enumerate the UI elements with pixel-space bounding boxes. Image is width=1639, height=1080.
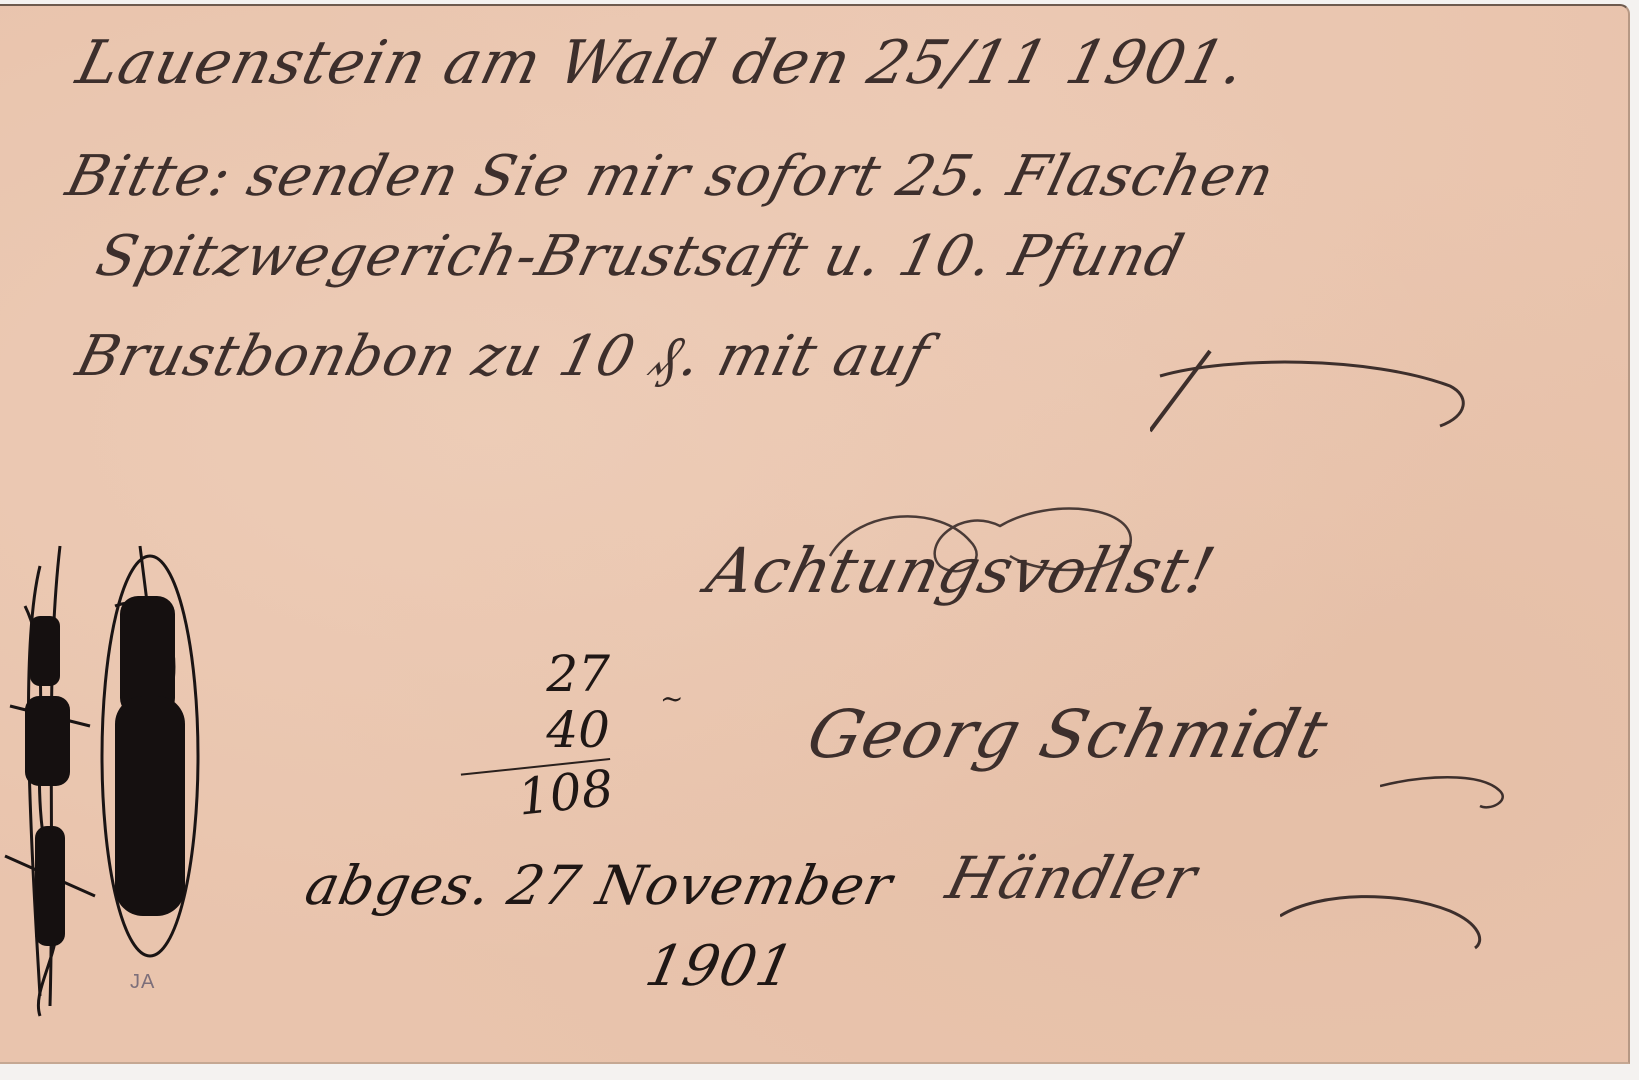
place-date-heading: Lauenstein am Wald den 25/11 1901. bbox=[70, 28, 1253, 98]
title-flourish-icon bbox=[1280, 886, 1520, 966]
calc-line-1: 27 bbox=[460, 646, 610, 702]
body-line-2: Spitzwegerich-Brustsaft u. 10. Pfund bbox=[90, 224, 1191, 289]
calc-sum: 108 bbox=[461, 758, 616, 831]
calculation-note: 27 40 108 bbox=[460, 646, 610, 816]
dispatch-note: abges. 27 November bbox=[300, 854, 898, 917]
signature-title: Händler bbox=[940, 844, 1204, 912]
pencil-mark: JA bbox=[130, 971, 155, 994]
ink-scribble-icon bbox=[0, 526, 220, 1026]
calc-line-2: 40 bbox=[460, 702, 610, 758]
tick-mark-icon: ~ bbox=[660, 682, 683, 715]
signature-name: Georg Schmidt bbox=[800, 696, 1336, 773]
signature-flourish-icon bbox=[1380, 766, 1520, 826]
dispatch-year: 1901 bbox=[640, 934, 800, 999]
closing-salutation: Achtungsvollst! bbox=[700, 534, 1223, 607]
body-line-3: Brustbonbon zu 10 ₰. mit auf bbox=[70, 324, 936, 389]
body-line-1: Bitte: senden Sie mir sofort 25. Flasche… bbox=[60, 144, 1281, 209]
postcard: Lauenstein am Wald den 25/11 1901. Bitte… bbox=[0, 4, 1630, 1064]
flourish-line-end-icon bbox=[1150, 346, 1490, 436]
